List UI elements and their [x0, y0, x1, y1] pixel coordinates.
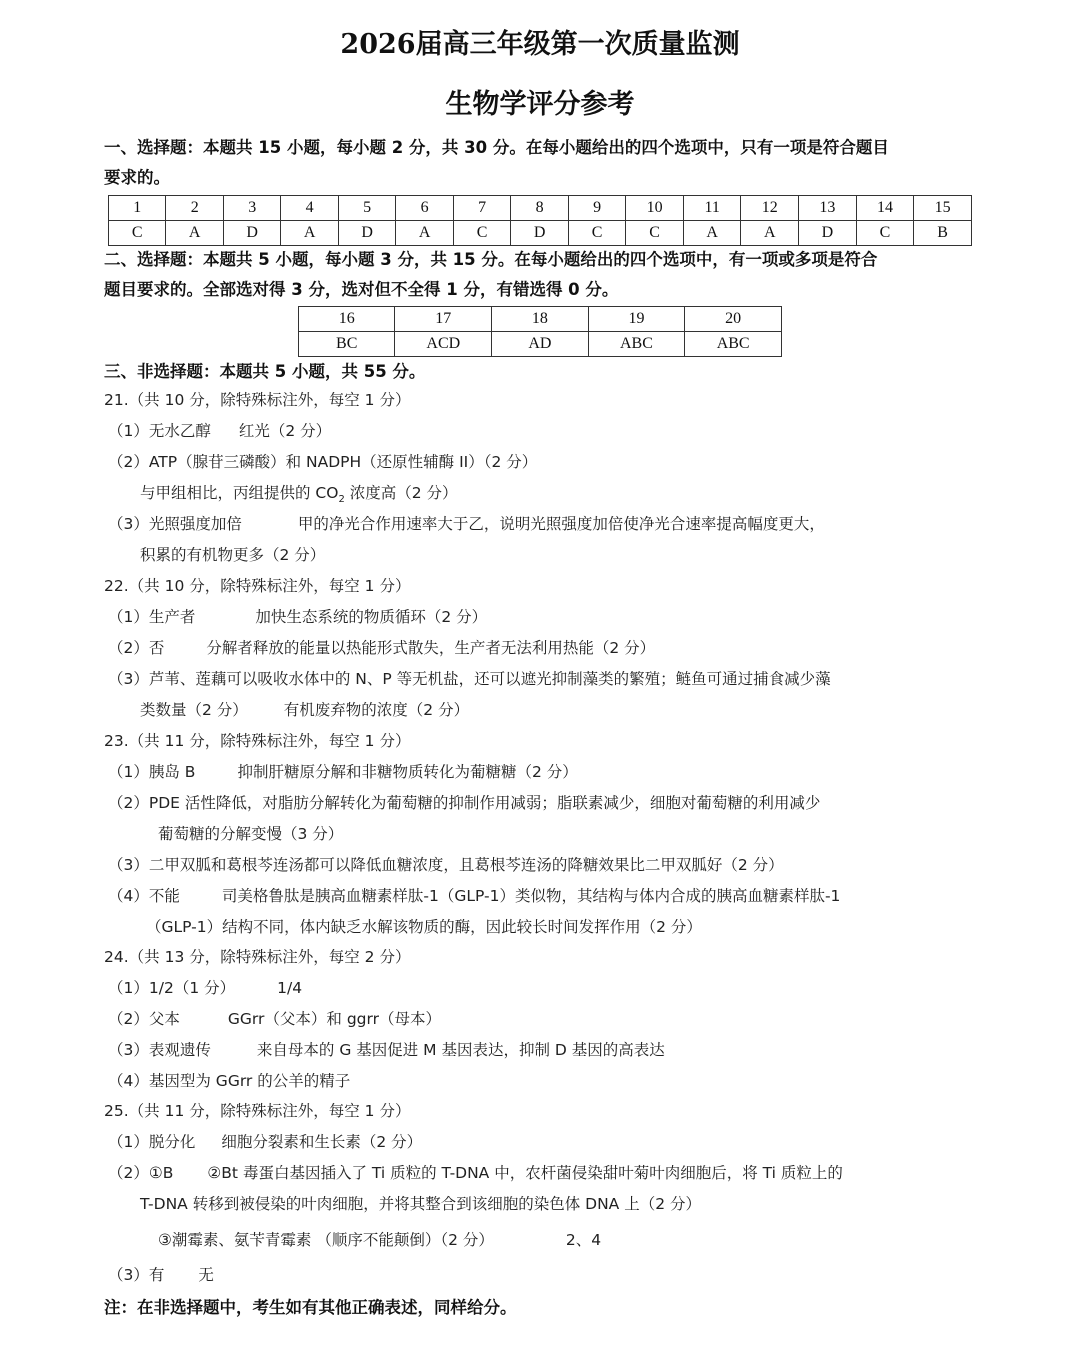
q25-part2-line3: ③潮霉素、氨苄青霉素 （顺序不能颠倒）（2 分）2、4	[158, 1229, 601, 1251]
part-label: （2）	[108, 1164, 149, 1182]
answer-text: 来自母本的 G 基因促进 M 基因表达，抑制 D 基因的高表达	[257, 1041, 665, 1059]
question-number: 19	[588, 307, 685, 332]
part-label: （2）	[108, 453, 149, 471]
q22-part3: （3）芦苇、莲藕可以吸收水体中的 N、P 等无机盐，还可以遮光抑制藻类的繁殖；鲢…	[108, 668, 831, 690]
part-label: （1）	[108, 422, 149, 440]
answer-text: 加快生态系统的物质循环（2 分）	[255, 608, 487, 626]
part-label: （1）	[108, 1133, 149, 1151]
question-number: 8	[511, 196, 568, 221]
q21-part1: （1）无水乙醇红光（2 分）	[108, 420, 331, 442]
part-label: （3）	[108, 1266, 149, 1284]
part-label: （2）	[108, 1010, 149, 1028]
answer-cell: C	[109, 221, 166, 246]
q25-part1: （1）脱分化细胞分裂素和生长素（2 分）	[108, 1131, 422, 1153]
answer-text: 浓度高（2 分）	[345, 484, 458, 502]
q25-part3: （3）有无	[108, 1264, 214, 1286]
answer-text: 1/4	[277, 979, 302, 997]
question-number: 14	[856, 196, 914, 221]
q21-part3: （3）光照强度加倍甲的净光合作用速率大于乙，说明光照强度加倍使净光合速率提高幅度…	[108, 513, 825, 535]
answer-text: 生产者	[149, 608, 196, 626]
table-row-answers: BC ACD AD ABC ABC	[299, 332, 782, 357]
question-number: 1	[109, 196, 166, 221]
answer-text: ATP（腺苷三磷酸）和 NADPH（还原性辅酶 II）（2 分）	[149, 453, 537, 471]
question-number: 13	[799, 196, 857, 221]
answer-cell: ABC	[685, 332, 782, 357]
q23-part2: （2）PDE 活性降低，对脂肪分解转化为葡萄糖的抑制作用减弱；脂联素减少，细胞对…	[108, 792, 820, 814]
answer-cell: C	[626, 221, 684, 246]
table-row-numbers: 1 2 3 4 5 6 7 8 9 10 11 12 13 14 15	[109, 196, 972, 221]
question-number: 18	[492, 307, 588, 332]
section1-heading-line1: 一、选择题：本题共 15 小题，每小题 2 分，共 30 分。在每小题给出的四个…	[104, 133, 980, 163]
question-number: 4	[281, 196, 338, 221]
q21-part3-line2: 积累的有机物更多（2 分）	[140, 544, 325, 566]
answer-cell: D	[223, 221, 280, 246]
q24-part3: （3）表观遗传来自母本的 G 基因促进 M 基因表达，抑制 D 基因的高表达	[108, 1039, 665, 1061]
answer-cell: D	[799, 221, 857, 246]
answer-cell: C	[856, 221, 914, 246]
part-label: （1）	[108, 979, 149, 997]
answer-cell: A	[741, 221, 799, 246]
section3-heading: 三、非选择题：本题共 5 小题，共 55 分。	[104, 357, 980, 387]
answer-text: 胰岛 B	[149, 763, 196, 781]
part-label: （2）	[108, 639, 149, 657]
document-subtitle: 生物学评分参考	[0, 82, 1080, 121]
answer-text: 类数量（2 分）	[140, 701, 248, 719]
table-row-numbers: 16 17 18 19 20	[299, 307, 782, 332]
question-number: 11	[683, 196, 741, 221]
question-number: 6	[396, 196, 453, 221]
answer-text: 甲的净光合作用速率大于乙，说明光照强度加倍使净光合速率提高幅度更大，	[298, 515, 825, 533]
answer-text: GGrr（父本）和 ggrr（母本）	[228, 1010, 441, 1028]
answer-text: ③潮霉素、氨苄青霉素 （顺序不能颠倒）（2 分）	[158, 1231, 494, 1249]
part-label: （1）	[108, 608, 149, 626]
q22-part1: （1）生产者加快生态系统的物质循环（2 分）	[108, 606, 487, 628]
q25-header: 25.（共 11 分，除特殊标注外，每空 1 分）	[104, 1100, 410, 1122]
answer-text: 父本	[149, 1010, 180, 1028]
answer-text: 与甲组相比，丙组提供的 CO	[140, 484, 338, 502]
answer-cell: D	[511, 221, 568, 246]
answer-text: 司美格鲁肽是胰高血糖素样肽-1（GLP-1）类似物，其结构与体内合成的胰高血糖素…	[222, 887, 841, 905]
answer-text: 光照强度加倍	[149, 515, 242, 533]
answer-text: 芦苇、莲藕可以吸收水体中的 N、P 等无机盐，还可以遮光抑制藻类的繁殖；鲢鱼可通…	[149, 670, 831, 688]
q24-header: 24.（共 13 分，除特殊标注外，每空 2 分）	[104, 946, 410, 968]
part-label: （2）	[108, 794, 149, 812]
answer-cell: A	[683, 221, 741, 246]
q23-part1: （1）胰岛 B抑制肝糖原分解和非糖物质转化为葡糖糖（2 分）	[108, 761, 578, 783]
answer-cell: B	[914, 221, 972, 246]
document-title: 2026届高三年级第一次质量监测	[0, 22, 1080, 61]
answer-text: 基因型为 GGrr 的公羊的精子	[149, 1072, 350, 1090]
q25-part2: （2）①B②Bt 毒蛋白基因插入了 Ti 质粒的 T-DNA 中，农杆菌侵染甜叶…	[108, 1162, 843, 1184]
answer-text: 有机废弃物的浓度（2 分）	[284, 701, 469, 719]
answer-text: 不能	[149, 887, 180, 905]
answer-text: 抑制肝糖原分解和非糖物质转化为葡糖糖（2 分）	[237, 763, 577, 781]
answer-cell: C	[453, 221, 510, 246]
section1-heading: 一、选择题：本题共 15 小题，每小题 2 分，共 30 分。在每小题给出的四个…	[104, 133, 980, 193]
q21-part2-line2: 与甲组相比，丙组提供的 CO2 浓度高（2 分）	[140, 482, 458, 511]
answer-cell: A	[281, 221, 338, 246]
section2-answer-table: 16 17 18 19 20 BC ACD AD ABC ABC	[298, 306, 782, 357]
part-label: （4）	[108, 1072, 149, 1090]
q24-part1: （1）1/2（1 分）1/4	[108, 977, 302, 999]
section2-heading-line2: 题目要求的。全部选对得 3 分，选对但不全得 1 分，有错选得 0 分。	[104, 275, 980, 305]
answer-text: ②Bt 毒蛋白基因插入了 Ti 质粒的 T-DNA 中，农杆菌侵染甜叶菊叶肉细胞…	[207, 1164, 842, 1182]
answer-text: 有	[149, 1266, 165, 1284]
q23-part3: （3）二甲双胍和葛根芩连汤都可以降低血糖浓度，且葛根芩连汤的降糖效果比二甲双胍好…	[108, 854, 784, 876]
answer-cell: D	[338, 221, 395, 246]
answer-cell: AD	[492, 332, 588, 357]
q25-part2-line2: T-DNA 转移到被侵染的叶肉细胞，并将其整合到该细胞的染色体 DNA 上（2 …	[140, 1193, 701, 1215]
answer-text: 细胞分裂素和生长素（2 分）	[221, 1133, 422, 1151]
answer-text: 1/2（1 分）	[149, 979, 235, 997]
q21-part2: （2）ATP（腺苷三磷酸）和 NADPH（还原性辅酶 II）（2 分）	[108, 451, 537, 473]
part-label: （4）	[108, 887, 149, 905]
answer-text: 二甲双胍和葛根芩连汤都可以降低血糖浓度，且葛根芩连汤的降糖效果比二甲双胍好（2 …	[149, 856, 784, 874]
answer-text: 无	[198, 1266, 214, 1284]
table-row-answers: C A D A D A C D C C A A D C B	[109, 221, 972, 246]
answer-text: 分解者释放的能量以热能形式散失，生产者无法利用热能（2 分）	[206, 639, 655, 657]
question-number: 16	[299, 307, 395, 332]
part-label: （3）	[108, 1041, 149, 1059]
answer-cell: ABC	[588, 332, 685, 357]
answer-text: 表观遗传	[149, 1041, 211, 1059]
answer-text: 否	[149, 639, 165, 657]
answer-cell: C	[568, 221, 625, 246]
part-label: （3）	[108, 515, 149, 533]
question-number: 9	[568, 196, 625, 221]
question-number: 5	[338, 196, 395, 221]
q24-part4: （4）基因型为 GGrr 的公羊的精子	[108, 1070, 350, 1092]
question-number: 3	[223, 196, 280, 221]
question-number: 17	[395, 307, 492, 332]
q24-part2: （2）父本GGrr（父本）和 ggrr（母本）	[108, 1008, 441, 1030]
answer-text: ①B	[149, 1164, 174, 1182]
answer-cell: ACD	[395, 332, 492, 357]
q21-header: 21.（共 10 分，除特殊标注外，每空 1 分）	[104, 389, 410, 411]
answer-text: 无水乙醇	[149, 422, 211, 440]
question-number: 15	[914, 196, 972, 221]
q22-part2: （2）否分解者释放的能量以热能形式散失，生产者无法利用热能（2 分）	[108, 637, 655, 659]
question-number: 2	[166, 196, 223, 221]
part-label: （3）	[108, 670, 149, 688]
footer-note: 注：在非选择题中，考生如有其他正确表述，同样给分。	[104, 1294, 517, 1318]
q23-header: 23.（共 11 分，除特殊标注外，每空 1 分）	[104, 730, 410, 752]
answer-text: 红光（2 分）	[239, 422, 331, 440]
answer-cell: A	[396, 221, 453, 246]
section2-heading: 二、选择题：本题共 5 小题，每小题 3 分，共 15 分。在每小题给出的四个选…	[104, 245, 980, 305]
q22-header: 22.（共 10 分，除特殊标注外，每空 1 分）	[104, 575, 410, 597]
answer-cell: A	[166, 221, 223, 246]
q23-part4-line2: （GLP-1）结构不同，体内缺乏水解该物质的酶，因此较长时间发挥作用（2 分）	[146, 916, 702, 938]
answer-text: 脱分化	[149, 1133, 196, 1151]
question-number: 10	[626, 196, 684, 221]
question-number: 12	[741, 196, 799, 221]
section2-heading-line1: 二、选择题：本题共 5 小题，每小题 3 分，共 15 分。在每小题给出的四个选…	[104, 245, 980, 275]
q23-part2-line2: 葡萄糖的分解变慢（3 分）	[158, 823, 343, 845]
question-number: 7	[453, 196, 510, 221]
answer-text: PDE 活性降低，对脂肪分解转化为葡萄糖的抑制作用减弱；脂联素减少，细胞对葡萄糖…	[149, 794, 821, 812]
q23-part4: （4）不能司美格鲁肽是胰高血糖素样肽-1（GLP-1）类似物，其结构与体内合成的…	[108, 885, 840, 907]
q22-part3-line2: 类数量（2 分）有机废弃物的浓度（2 分）	[140, 699, 469, 721]
section1-heading-line2: 要求的。	[104, 163, 980, 193]
section1-answer-table: 1 2 3 4 5 6 7 8 9 10 11 12 13 14 15 C A …	[108, 195, 972, 246]
question-number: 20	[685, 307, 782, 332]
answer-cell: BC	[299, 332, 395, 357]
part-label: （1）	[108, 763, 149, 781]
answer-text: 2、4	[566, 1231, 601, 1249]
part-label: （3）	[108, 856, 149, 874]
